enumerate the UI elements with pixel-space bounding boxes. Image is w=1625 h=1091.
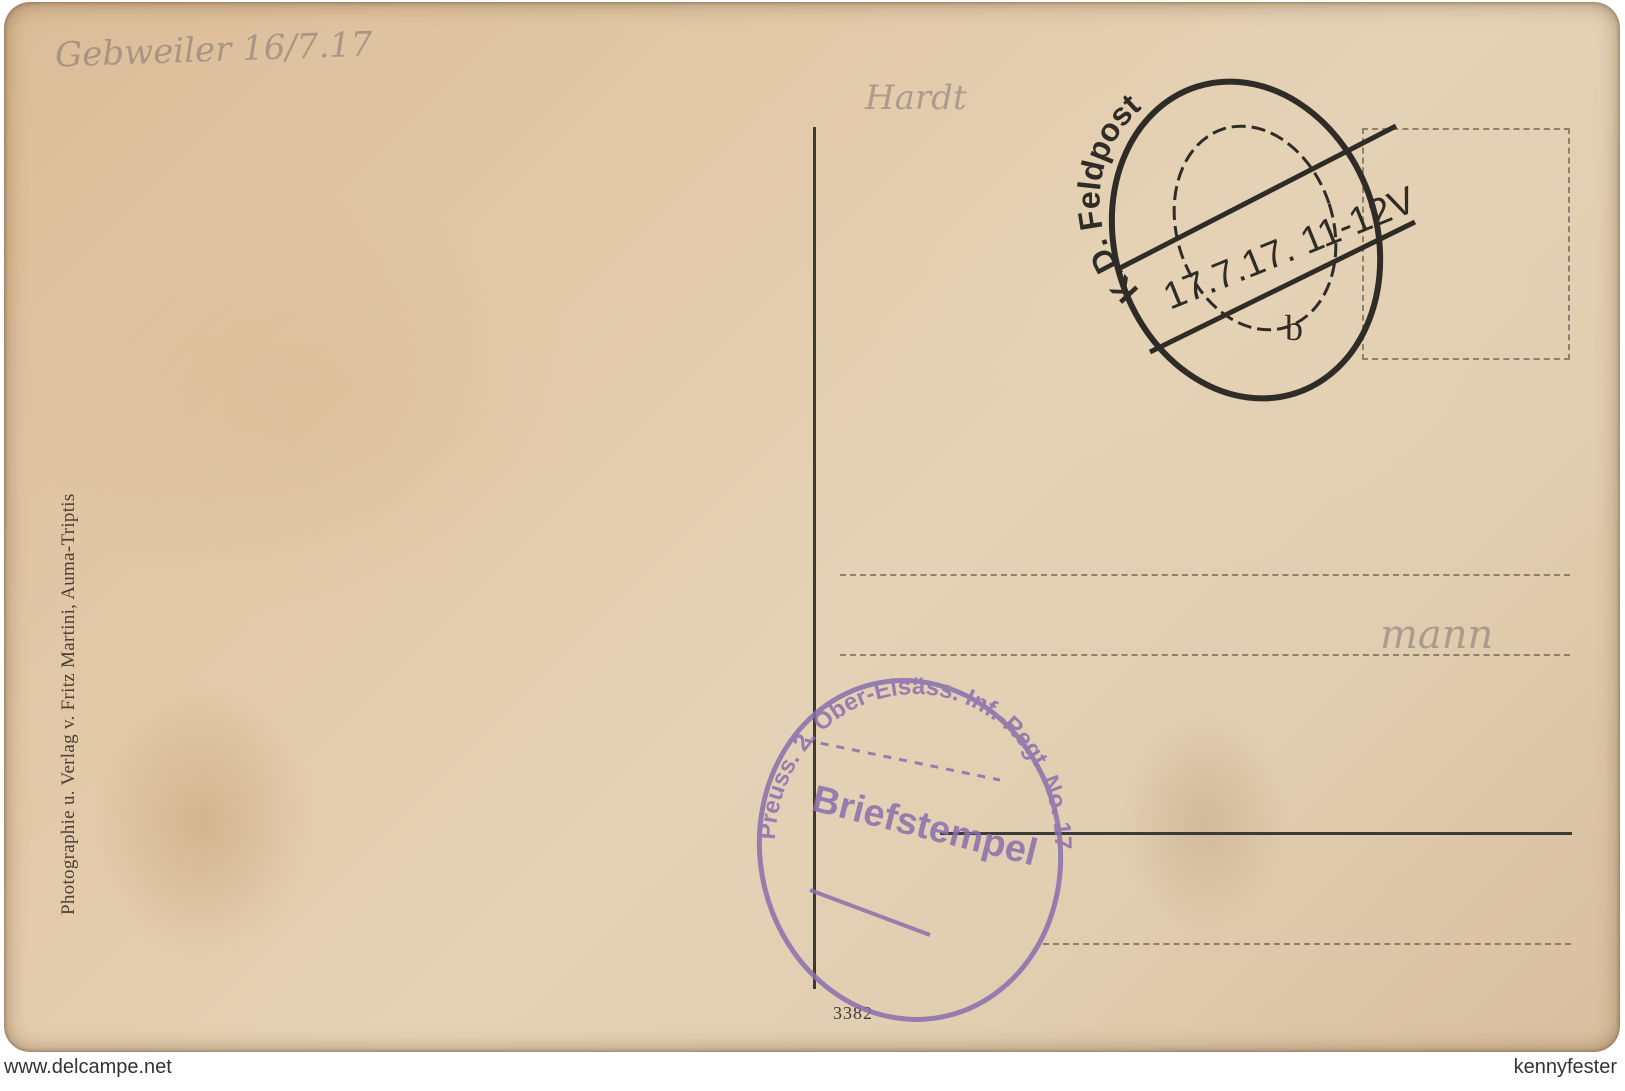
watermark-seller: kennyfester <box>1514 1056 1617 1079</box>
postmarks-layer: K.D. Feldpost 17.7.17. 11-12V b Preuss. … <box>0 0 1625 1091</box>
unit-stamp-ring-text: Preuss. 2. Ober-Elsäss. Inf.-Regt. No. 1… <box>0 0 1076 850</box>
unit-briefstempel: Preuss. 2. Ober-Elsäss. Inf.-Regt. No. 1… <box>0 0 1087 1043</box>
watermark-site: www.delcampe.net <box>4 1056 172 1079</box>
feldpost-postmark: K.D. Feldpost 17.7.17. 11-12V b <box>1071 46 1423 433</box>
postmark-bottom-letter: b <box>1285 308 1303 348</box>
postmark-top-text: K.D. Feldpost <box>1071 86 1148 310</box>
unit-stamp-center-text: Briefstempel <box>808 778 1042 874</box>
